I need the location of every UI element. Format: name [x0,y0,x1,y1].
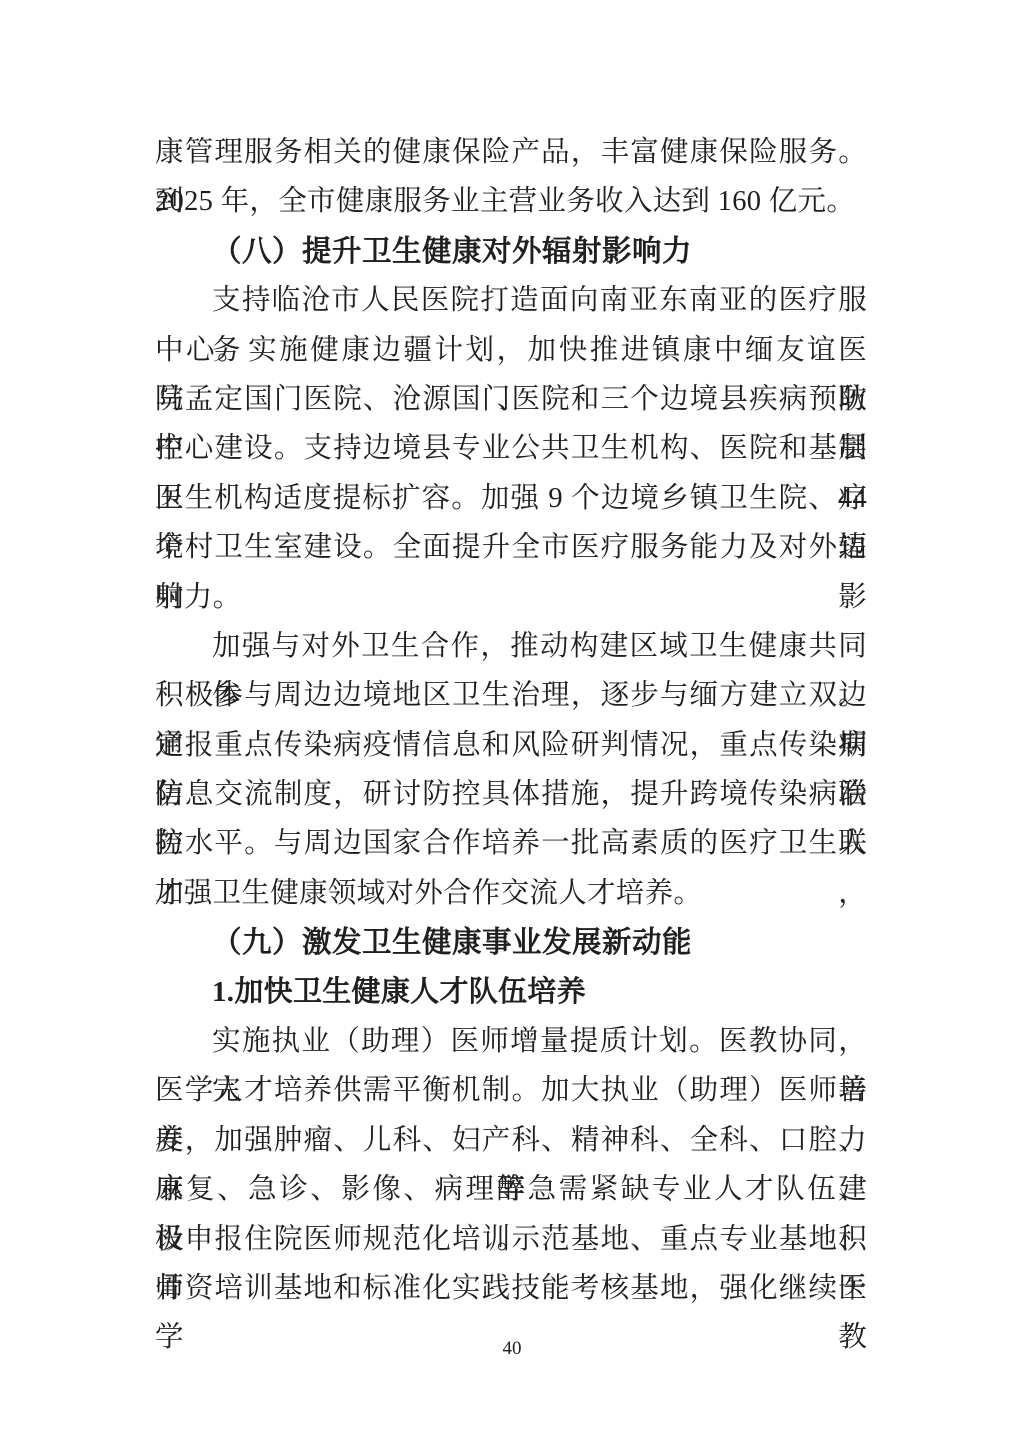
body-line: 加强与对外卫生合作，推动构建区域卫生健康共同体。 [155,622,867,671]
body-line: 师资培训基地和标准化实践技能考核基地，强化继续医学教 [155,1264,867,1313]
body-line: 积极参与周边边境地区卫生治理，逐步与缅方建立双边定期 [155,671,867,720]
body-line: 控水平。与周边国家合作培养一批高素质的医疗卫生人才， [155,819,867,868]
body-line: 通报重点传染病疫情信息和风险研判情况，重点传染病防治 [155,721,867,770]
body-line: 中心建设。支持边境县专业公共卫生机构、医院和基层医疗 [155,424,867,473]
body-line: 康管理服务相关的健康保险产品，丰富健康保险服务。到 [155,128,867,177]
body-line: 卫生机构适度提标扩容。加强 9 个边境乡镇卫生院、44 个边 [155,474,867,523]
body-line: 实施执业（助理）医师增量提质计划。医教协同，完善 [155,1017,867,1066]
body-line: 中心。实施健康边疆计划，加快推进镇康中缅友谊医院、耿 [155,326,867,375]
body-line: 马孟定国门医院、沧源国门医院和三个边境县疾病预防控制 [155,375,867,424]
document-text-block: 康管理服务相关的健康保险产品，丰富健康保险服务。到 2025 年，全市健康服务业… [155,128,867,1313]
body-line: 康复、急诊、影像、病理等急需紧缺专业人才队伍建设。积 [155,1165,867,1214]
body-line: 支持临沧市人民医院打造面向南亚东南亚的医疗服务 [155,276,867,325]
document-page: 康管理服务相关的健康保险产品，丰富健康保险服务。到 2025 年，全市健康服务业… [0,0,1024,1448]
body-line: 境村卫生室建设。全面提升全市医疗服务能力及对外辐射影 [155,523,867,572]
body-line: 信息交流制度，研讨防控具体措施，提升跨境传染病联防联 [155,770,867,819]
section-heading-8: （八）提升卫生健康对外辐射影响力 [155,227,867,276]
page-number: 40 [0,1338,1024,1360]
numbered-subheading: 1.加快卫生健康人才队伍培养 [155,968,867,1017]
section-heading-9: （九）激发卫生健康事业发展新动能 [155,918,867,967]
body-line: 度，加强肿瘤、儿科、妇产科、精神科、全科、口腔、麻醉、 [155,1116,867,1165]
body-line: 极申报住院医师规范化培训示范基地、重点专业基地、骨干 [155,1215,867,1264]
body-line: 医学人才培养供需平衡机制。加大执业（助理）医师培养力 [155,1066,867,1115]
body-line: 2025 年，全市健康服务业主营业务收入达到 160 亿元。 [155,177,867,226]
